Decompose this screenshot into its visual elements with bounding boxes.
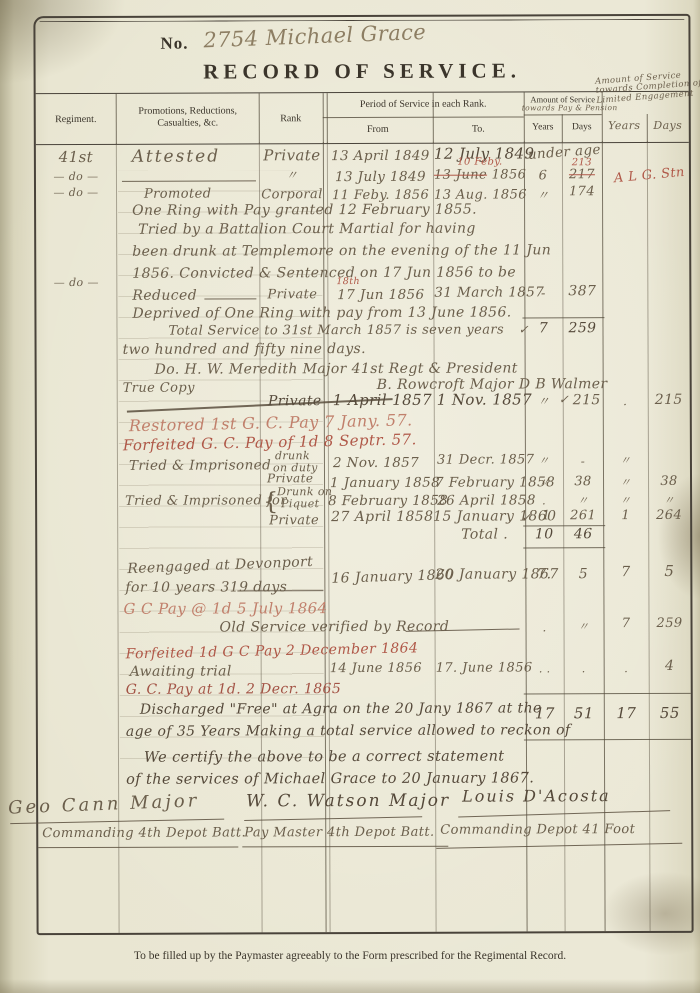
r8-years: 7 [524, 321, 562, 337]
r24-from: 14 June 1856 [330, 662, 422, 677]
r2-regiment: — do — [36, 171, 116, 183]
r17-years2: 〃 [603, 495, 648, 507]
r15-years: 〃 [525, 455, 563, 467]
r18-rank: Private [269, 514, 319, 528]
r12-rank: Private [260, 394, 330, 410]
r6-years: - [524, 287, 562, 301]
aged-paper-background: No. 2754 Michael Grace RECORD OF SERVICE… [0, 0, 700, 993]
r2-years: 6 [524, 169, 562, 183]
r12-years2: . [603, 395, 648, 408]
r26-discharged-line1: Discharged "Free" at Agra on the 20 Jany… [140, 701, 542, 718]
r7-deprived-ring: Deprived of One Ring with pay from 13 Ju… [132, 305, 511, 322]
r2-days-struck: 217 [569, 167, 595, 182]
r24-days2: 4 [649, 659, 691, 675]
r17-years: . [525, 495, 563, 507]
r26-years2: 17 [604, 705, 649, 722]
r19-total-label: Total . [461, 527, 508, 543]
r26-discharged-line2: age of 35 Years Making a total service a… [126, 723, 571, 740]
r17-rank-line2: Piquet [281, 498, 319, 510]
r5-court-martial-line3: 1856. Convicted & Sentenced on 17 Jun 18… [132, 265, 516, 282]
header-divider [524, 114, 602, 115]
r2-to-year: 1856 [487, 167, 526, 182]
r18-years: 1 [529, 509, 563, 523]
r6-from-correction: 18th [336, 277, 360, 288]
r12-days2: 215 [648, 393, 690, 409]
r3-regiment: — do — [36, 187, 116, 199]
r3-days: 174 [562, 185, 602, 199]
header-years-2: Years [602, 120, 647, 132]
total-rule [522, 317, 604, 318]
r25-gc-pay: G. C. Pay at 1d. 2 Decr. 1865 [126, 682, 341, 698]
r22-years2: 7 [603, 617, 648, 631]
record-of-service-form: No. 2754 Michael Grace RECORD OF SERVICE… [33, 14, 693, 935]
r1-promotions: Attested [132, 147, 220, 166]
r6-to: 31 March 1857 [434, 285, 526, 300]
r20-days2: 5 [648, 563, 690, 580]
r16-days: 38 [563, 475, 603, 489]
r22-days2: 259 [648, 617, 690, 631]
header-period: Period of Service in each Rank. [323, 98, 524, 110]
record-number-and-name: 2754 Michael Grace [203, 21, 426, 53]
header-from: From [323, 124, 433, 136]
discharge-box-bottom [524, 739, 691, 741]
r18-days: 261 [563, 509, 603, 523]
r9-days-in-words: two hundred and fifty nine days. [123, 342, 366, 358]
r15-promotions: Tried & Imprisoned [129, 458, 271, 473]
signature-underline [242, 846, 448, 848]
r16-years2: 〃 [603, 477, 648, 489]
header-amount-note: towards Pay & Pension [522, 104, 604, 113]
discharge-box-top [524, 693, 691, 695]
r15-from: 2 Nov. 1857 [333, 456, 419, 471]
r16-years: 〃 [525, 477, 563, 489]
r6-regiment: — do — [36, 277, 116, 289]
r20-years: 7. [525, 567, 563, 583]
r1-rank: Private [259, 147, 325, 164]
r2-days: 217 [562, 168, 602, 182]
r23-forfeited-red: Forfeited 1d G C Pay 2 December 1864 [125, 641, 418, 663]
r15-to: 31 Decr. 1857 [437, 453, 534, 468]
header-rank: Rank [259, 113, 323, 125]
r10-meredith-president: Do. H. W. Meredith Major 41st Regt & Pre… [155, 361, 518, 378]
r3-years: 〃 [524, 189, 562, 202]
r20-days: 5 [563, 567, 603, 583]
header-days-2: Days [647, 120, 689, 132]
total-box-bottom [523, 547, 605, 548]
signature-commanding-officer-title: Commanding 4th Depot Batt. [42, 826, 246, 841]
record-number-label: No. [160, 34, 188, 54]
signature-underline [38, 846, 238, 848]
r1-from: 13 April 1849 [328, 149, 433, 164]
r6-days: 387 [562, 284, 602, 300]
r12-years: 〃 [525, 395, 563, 408]
r8-days: 259 [562, 321, 602, 337]
signature-depot-commander-title: Commanding Depot 41 Foot [440, 823, 635, 838]
r2-margin-red-note: A L G. Stn [613, 166, 685, 187]
r2-to-correction: 10 Feby. [434, 156, 526, 167]
r26-days: 51 [564, 705, 604, 722]
r20-years2: 7 [603, 565, 648, 581]
r18-days2: 264 [648, 509, 690, 523]
column-line [433, 142, 437, 932]
r16-from: 1 January 1858 [330, 476, 440, 491]
column-line [116, 94, 117, 144]
column-line [327, 142, 331, 932]
footer-instruction: To be filled up by the Paymaster agreeab… [100, 950, 600, 963]
table-body: 41st Attested Private 13 April 1849 12 J… [36, 141, 692, 933]
column-line [647, 141, 651, 931]
r24-years2: . [604, 663, 649, 675]
r24-years: . . [526, 663, 564, 675]
r6-from: 17 Jun 1856 [328, 288, 433, 303]
signature-paymaster-title: Pay Master 4th Depot Batt. [244, 826, 434, 841]
r5-court-martial-line2: been drunk at Templemore on the evening … [132, 243, 551, 260]
r19-total-years: 10 [525, 527, 563, 543]
r12-days: 215 [567, 393, 607, 409]
table-header: Regiment. Promotions, Reductions, Casual… [36, 91, 689, 145]
r16-days2: 38 [648, 475, 690, 489]
r18-from: 27 April 1858 [331, 510, 433, 526]
signature-paymaster: W. C. Watson Major [246, 792, 450, 811]
r17-from: 8 February 1858 [328, 494, 448, 509]
r15-years2: 〃 [603, 455, 648, 467]
header-promotions: Promotions, Reductions, Casualties, &c. [120, 105, 256, 128]
r22-years: . [526, 621, 564, 634]
r16-rank: Private [267, 472, 313, 485]
r3-promotions: Promoted [144, 188, 211, 203]
r12-from: 1 April 1857 [333, 392, 432, 409]
signature-commanding-officer: Geo Cann Major [8, 791, 200, 818]
r6-promotions: Reduced [132, 289, 197, 305]
signature-underline [436, 843, 682, 849]
r11-true-copy: True Copy [123, 382, 195, 397]
ditto-dash [204, 298, 256, 299]
r2-rank: 〃 [259, 169, 325, 182]
r17-days: 〃 [563, 495, 603, 507]
r24-awaiting-trial: Awaiting trial [130, 664, 232, 680]
r3-rank: Corporal [259, 188, 325, 203]
r18-years2: 1 [603, 509, 648, 523]
r15-days: - [563, 455, 603, 468]
r17-days2: 〃 [648, 495, 690, 507]
r4-note-one-ring: One Ring with Pay granted 12 February 18… [132, 203, 477, 220]
r20-reengaged-line2: for 10 years 319 days [125, 580, 287, 596]
r2-to-struck: 13 June [434, 168, 487, 183]
r26-days2: 55 [649, 705, 691, 722]
r5-court-martial-line1: Tried by a Battalion Court Martial for h… [138, 222, 476, 239]
r12-to: 1 Nov. 1857 [437, 391, 532, 408]
header-days: Days [562, 122, 602, 133]
r22-days: 〃 [564, 621, 604, 633]
r14-forfeited-gc-pay: Forfeited G. C. Pay of 1d 8 Septr. 57. [123, 431, 417, 454]
r19-total-days: 46 [563, 527, 603, 543]
page-title: RECORD OF SERVICE. [36, 58, 689, 84]
r24-to: 17. June 1856 [436, 661, 533, 676]
r22-old-service: Old Service verified by Record [220, 620, 450, 636]
header-to: To. [433, 123, 524, 135]
r1-regiment: 41st [36, 149, 116, 166]
r21-gc-pay-red: G C Pay @ 1d 5 July 1864 [123, 600, 327, 617]
r26-years: 17 [526, 705, 564, 722]
header-years: Years [524, 122, 562, 133]
r8-total-service: Total Service to 31st March 1857 is seve… [168, 324, 504, 339]
r17-to: 26 April 1858 [437, 493, 536, 508]
header-divider [323, 116, 524, 118]
signature-depot-commander: Louis D'Acosta [462, 787, 611, 805]
r27-certify-line1: We certify the above to be a correct sta… [144, 750, 505, 767]
header-regiment: Regiment. [36, 114, 116, 126]
column-line [323, 142, 327, 932]
signature-underline [244, 816, 422, 821]
r24-days: . [564, 663, 604, 675]
r2-to: 13 June 1856 [434, 168, 526, 183]
r2-from: 13 July 1849 [328, 170, 433, 185]
r6-rank: Private [259, 288, 325, 303]
